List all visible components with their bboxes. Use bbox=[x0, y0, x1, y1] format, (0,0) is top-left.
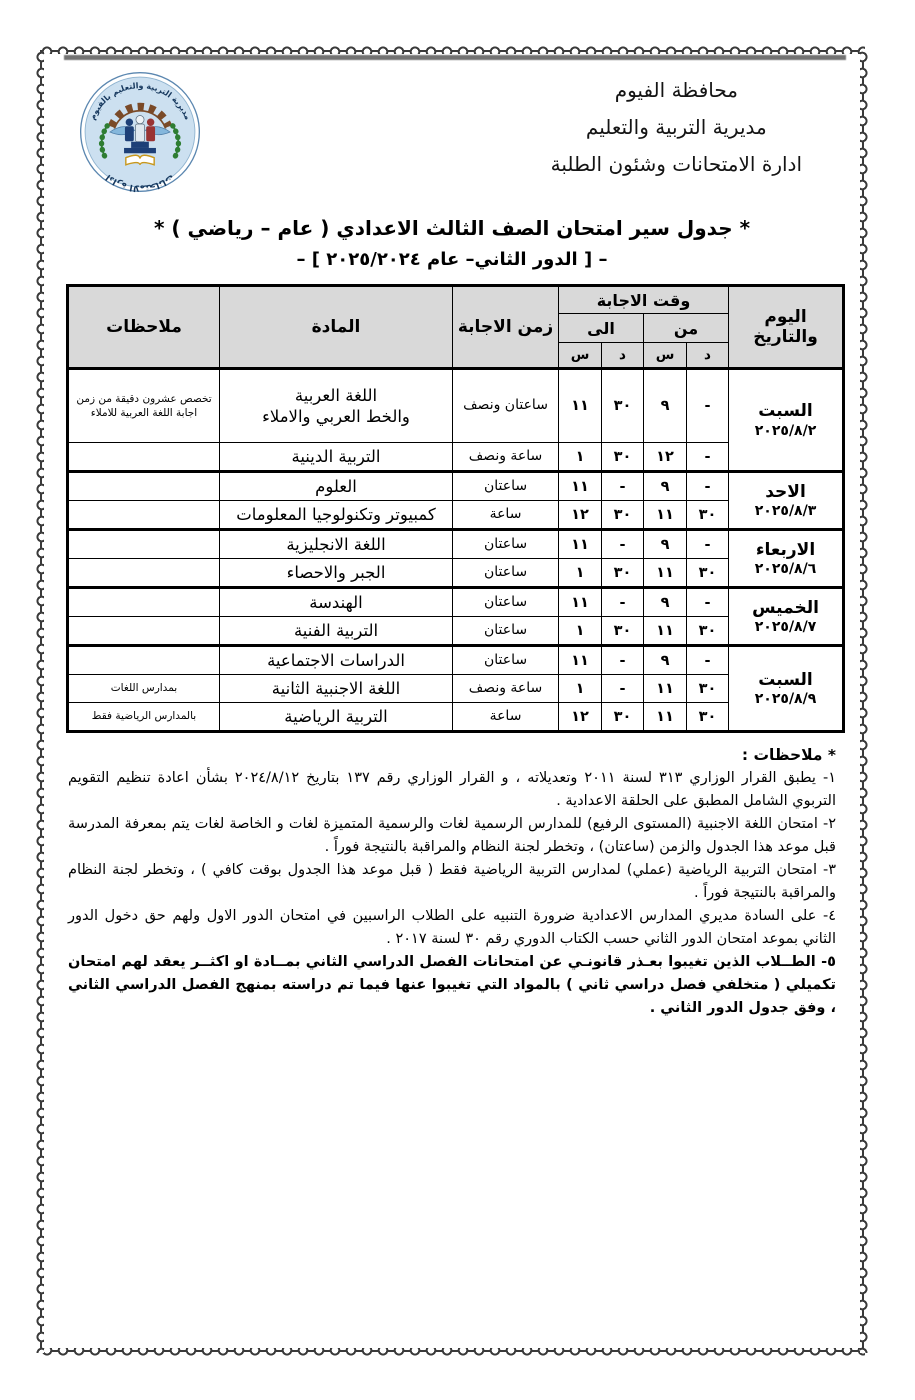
cell-from-minute: ٣٠ bbox=[687, 675, 729, 703]
table-row: ٣٠ ١١ ٣٠ ١ ساعتان التربية الفنية bbox=[68, 617, 844, 646]
cell-subject: الجبر والاحصاء bbox=[220, 559, 453, 588]
cell-to-minute: ٣٠ bbox=[602, 703, 644, 732]
footnote-item: ٤- على السادة مديري المدارس الاعدادية ضر… bbox=[68, 905, 836, 951]
cell-from-minute: - bbox=[687, 530, 729, 559]
cell-duration: ساعة bbox=[453, 501, 559, 530]
cell-note bbox=[68, 588, 220, 617]
day-cell: الخميس ٢٠٢٥/٨/٧ bbox=[729, 588, 844, 646]
cell-to-minute: - bbox=[602, 472, 644, 501]
cell-from-minute: ٣٠ bbox=[687, 559, 729, 588]
exam-schedule-table: اليوم والتاريخ وقت الاجابة زمن الاجابة ا… bbox=[66, 284, 845, 733]
cell-to-hour: ١ bbox=[559, 443, 602, 472]
page-subtitle: – [ الدور الثاني– عام ٢٠٢٥/٢٠٢٤ ] – bbox=[66, 249, 838, 270]
cell-to-hour: ١١ bbox=[559, 588, 602, 617]
col-header-to-minute: د bbox=[602, 343, 644, 369]
cell-from-minute: - bbox=[687, 588, 729, 617]
footnote-item: ٥- الطــلاب الذين تغيبوا بعـذر قانونـي ع… bbox=[68, 951, 836, 1020]
org-department: ادارة الامتحانات وشئون الطلبة bbox=[551, 146, 802, 183]
cell-from-hour: ١٢ bbox=[644, 443, 687, 472]
cell-duration: ساعتان bbox=[453, 559, 559, 588]
cell-from-hour: ١١ bbox=[644, 559, 687, 588]
table-row: ٣٠ ١١ ٣٠ ١٢ ساعة التربية الرياضية بالمدا… bbox=[68, 703, 844, 732]
col-header-time: وقت الاجابة bbox=[559, 286, 729, 314]
col-header-to: الى bbox=[559, 314, 644, 343]
cell-from-minute: ٣٠ bbox=[687, 617, 729, 646]
table-row: ٣٠ ١١ ٣٠ ١٢ ساعة كمبيوتر وتكنولوجيا المع… bbox=[68, 501, 844, 530]
cell-duration: ساعتان bbox=[453, 617, 559, 646]
table-row: السبت ٢٠٢٥/٨/٩ - ٩ - ١١ ساعتان الدراسات … bbox=[68, 646, 844, 675]
ministry-seal-logo: مديرية التربية والتعليم بالفيوم ادارة ال… bbox=[78, 70, 202, 194]
cell-note: بمدارس اللغات bbox=[68, 675, 220, 703]
table-row: - ١٢ ٣٠ ١ ساعة ونصف التربية الدينية bbox=[68, 443, 844, 472]
day-cell: السبت ٢٠٢٥/٨/٢ bbox=[729, 369, 844, 472]
cell-subject: كمبيوتر وتكنولوجيا المعلومات bbox=[220, 501, 453, 530]
cell-to-minute: ٣٠ bbox=[602, 501, 644, 530]
cell-duration: ساعة ونصف bbox=[453, 443, 559, 472]
cell-to-hour: ١ bbox=[559, 675, 602, 703]
table-row: ٣٠ ١١ - ١ ساعة ونصف اللغة الاجنبية الثان… bbox=[68, 675, 844, 703]
cell-to-minute: - bbox=[602, 588, 644, 617]
cell-from-minute: - bbox=[687, 472, 729, 501]
org-governorate: محافظة الفيوم bbox=[551, 72, 802, 109]
cell-from-hour: ١١ bbox=[644, 501, 687, 530]
col-header-from-minute: د bbox=[687, 343, 729, 369]
cell-note: بالمدارس الرياضية فقط bbox=[68, 703, 220, 732]
cell-from-hour: ١١ bbox=[644, 703, 687, 732]
table-row: الاربعاء ٢٠٢٥/٨/٦ - ٩ - ١١ ساعتان اللغة … bbox=[68, 530, 844, 559]
stamp-border-frame: مديرية التربية والتعليم بالفيوم ادارة ال… bbox=[40, 50, 864, 1352]
cell-from-hour: ١١ bbox=[644, 675, 687, 703]
cell-subject: التربية الفنية bbox=[220, 617, 453, 646]
cell-from-minute: ٣٠ bbox=[687, 703, 729, 732]
cell-subject: اللغة الانجليزية bbox=[220, 530, 453, 559]
cell-note bbox=[68, 530, 220, 559]
cell-subject: الدراسات الاجتماعية bbox=[220, 646, 453, 675]
cell-to-hour: ١١ bbox=[559, 646, 602, 675]
footnote-item: ١- يطبق القرار الوزاري ٣١٣ لسنة ٢٠١١ وتع… bbox=[68, 767, 836, 813]
cell-note bbox=[68, 472, 220, 501]
cell-to-minute: - bbox=[602, 646, 644, 675]
cell-from-hour: ٩ bbox=[644, 472, 687, 501]
cell-from-hour: ٩ bbox=[644, 588, 687, 617]
organization-block: محافظة الفيوم مديرية التربية والتعليم اد… bbox=[551, 72, 802, 183]
col-header-from: من bbox=[644, 314, 729, 343]
cell-subject: الهندسة bbox=[220, 588, 453, 617]
cell-to-hour: ١١ bbox=[559, 369, 602, 443]
footnotes-heading: * ملاحظات : bbox=[68, 743, 836, 767]
cell-note: تخصص عشرون دقيقة من زمن اجابة اللغة العر… bbox=[68, 369, 220, 443]
cell-duration: ساعتان bbox=[453, 472, 559, 501]
cell-from-minute: - bbox=[687, 443, 729, 472]
cell-to-hour: ١١ bbox=[559, 472, 602, 501]
cell-from-hour: ٩ bbox=[644, 369, 687, 443]
cell-subject: اللغة العربية والخط العربي والاملاء bbox=[220, 369, 453, 443]
cell-to-minute: ٣٠ bbox=[602, 369, 644, 443]
cell-note bbox=[68, 559, 220, 588]
cell-from-hour: ٩ bbox=[644, 530, 687, 559]
cell-to-minute: - bbox=[602, 530, 644, 559]
table-row: السبت ٢٠٢٥/٨/٢ - ٩ ٣٠ ١١ ساعتان ونصف الل… bbox=[68, 369, 844, 443]
table-row: ٣٠ ١١ ٣٠ ١ ساعتان الجبر والاحصاء bbox=[68, 559, 844, 588]
day-cell: الاربعاء ٢٠٢٥/٨/٦ bbox=[729, 530, 844, 588]
cell-duration: ساعتان ونصف bbox=[453, 369, 559, 443]
people-figures bbox=[125, 116, 155, 142]
cell-from-hour: ١١ bbox=[644, 617, 687, 646]
org-directorate: مديرية التربية والتعليم bbox=[551, 109, 802, 146]
col-header-to-hour: س bbox=[559, 343, 602, 369]
cell-to-hour: ١٢ bbox=[559, 703, 602, 732]
table-row: الاحد ٢٠٢٥/٨/٣ - ٩ - ١١ ساعتان العلوم bbox=[68, 472, 844, 501]
cell-to-hour: ١ bbox=[559, 559, 602, 588]
cell-from-minute: - bbox=[687, 646, 729, 675]
col-header-duration: زمن الاجابة bbox=[453, 286, 559, 369]
cell-to-minute: ٣٠ bbox=[602, 443, 644, 472]
cell-note bbox=[68, 443, 220, 472]
col-header-notes: ملاحظات bbox=[68, 286, 220, 369]
footnote-item: ٢- امتحان اللغة الاجنبية (المستوى الرفيع… bbox=[68, 813, 836, 859]
cell-to-minute: - bbox=[602, 675, 644, 703]
cell-duration: ساعتان bbox=[453, 588, 559, 617]
cell-duration: ساعة ونصف bbox=[453, 675, 559, 703]
cell-duration: ساعتان bbox=[453, 530, 559, 559]
open-book-icon bbox=[126, 155, 154, 165]
cell-subject: اللغة الاجنبية الثانية bbox=[220, 675, 453, 703]
cell-to-minute: ٣٠ bbox=[602, 617, 644, 646]
cell-to-hour: ١٢ bbox=[559, 501, 602, 530]
cell-duration: ساعتان bbox=[453, 646, 559, 675]
col-header-day: اليوم والتاريخ bbox=[729, 286, 844, 369]
cell-to-minute: ٣٠ bbox=[602, 559, 644, 588]
cell-to-hour: ١١ bbox=[559, 530, 602, 559]
footnotes-section: * ملاحظات : ١- يطبق القرار الوزاري ٣١٣ ل… bbox=[68, 743, 836, 1019]
cell-note bbox=[68, 501, 220, 530]
footnote-item: ٣- امتحان التربية الرياضية (عملي) لمدارس… bbox=[68, 859, 836, 905]
cell-subject: التربية الدينية bbox=[220, 443, 453, 472]
cell-note bbox=[68, 646, 220, 675]
day-cell: الاحد ٢٠٢٥/٨/٣ bbox=[729, 472, 844, 530]
cell-from-minute: ٣٠ bbox=[687, 501, 729, 530]
cell-duration: ساعة bbox=[453, 703, 559, 732]
document-page: مديرية التربية والتعليم بالفيوم ادارة ال… bbox=[0, 0, 915, 1400]
table-row: الخميس ٢٠٢٥/٨/٧ - ٩ - ١١ ساعتان الهندسة bbox=[68, 588, 844, 617]
cell-subject: العلوم bbox=[220, 472, 453, 501]
col-header-subject: المادة bbox=[220, 286, 453, 369]
cell-subject: التربية الرياضية bbox=[220, 703, 453, 732]
cell-from-minute: - bbox=[687, 369, 729, 443]
page-title: * جدول سير امتحان الصف الثالث الاعدادي (… bbox=[66, 216, 838, 240]
col-header-from-hour: س bbox=[644, 343, 687, 369]
document-header: مديرية التربية والتعليم بالفيوم ادارة ال… bbox=[66, 66, 838, 214]
cell-from-hour: ٩ bbox=[644, 646, 687, 675]
cell-note bbox=[68, 617, 220, 646]
cell-to-hour: ١ bbox=[559, 617, 602, 646]
day-cell: السبت ٢٠٢٥/٨/٩ bbox=[729, 646, 844, 732]
